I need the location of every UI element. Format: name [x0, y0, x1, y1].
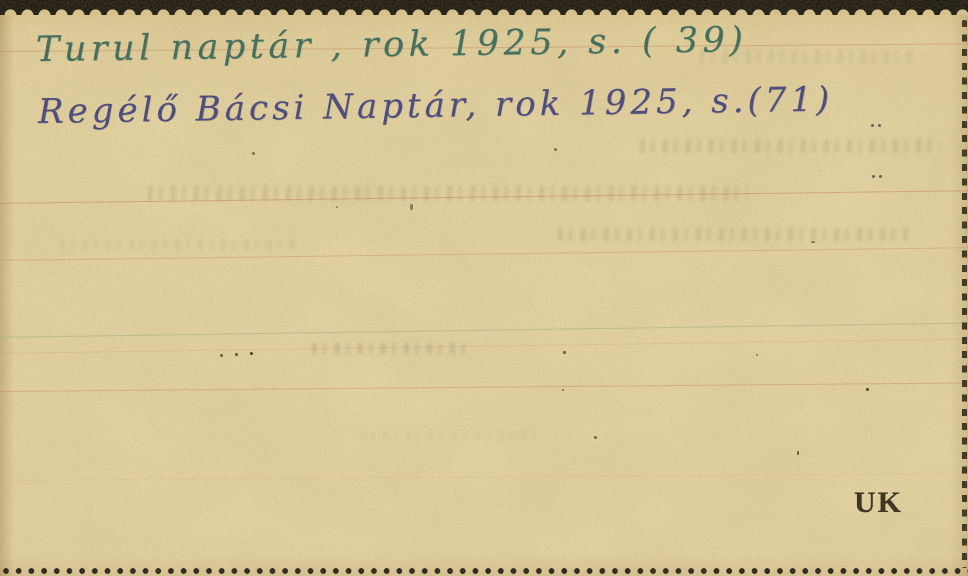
ruled-line	[0, 43, 968, 52]
ruled-line	[0, 190, 968, 204]
paper-speck	[811, 241, 815, 243]
card-paper: Turul naptár , rok 1925, s. ( 39) Regélő…	[0, 0, 968, 576]
library-stamp: UK	[854, 486, 903, 520]
ink-bleedthrough	[558, 228, 910, 241]
ruled-line	[0, 247, 968, 261]
paper-vignette	[0, 0, 968, 576]
paper-speck	[872, 175, 875, 178]
ink-bleedthrough	[312, 343, 467, 354]
ruled-line	[0, 382, 968, 392]
scanned-card-image: Turul naptár , rok 1925, s. ( 39) Regélő…	[0, 0, 968, 576]
perforation-holes-bottom	[0, 564, 968, 576]
ink-bleedthrough	[148, 186, 748, 201]
paper-speck	[563, 351, 566, 354]
handwritten-entry-2: Regélő Bácsi Naptár, rok 1925, s.(71)	[38, 80, 834, 132]
paper-speck	[594, 436, 597, 439]
handwritten-entry-1: Turul naptár , rok 1925, s. ( 39)	[36, 20, 748, 70]
paper-speck	[562, 389, 564, 391]
perforated-edge-top	[0, 0, 968, 15]
paper-speck	[878, 124, 881, 127]
paper-speck	[235, 353, 238, 356]
paper-speck	[756, 354, 758, 356]
paper-speck	[336, 206, 338, 208]
perforation-right	[962, 20, 967, 568]
ink-bleedthrough	[60, 240, 295, 250]
ruled-line	[0, 338, 968, 354]
ruled-line	[0, 473, 968, 481]
ink-bleedthrough	[640, 139, 940, 153]
ruled-line	[0, 322, 968, 338]
paper-speck	[797, 451, 799, 455]
paper-speck	[220, 354, 223, 357]
paper-speck	[554, 148, 557, 151]
paper-speck	[879, 175, 882, 178]
paper-speck	[250, 352, 253, 355]
paper-speck	[866, 388, 869, 391]
ink-bleedthrough	[360, 430, 540, 440]
paper-speck	[252, 152, 255, 155]
paper-speck	[410, 204, 413, 210]
ink-bleedthrough	[700, 50, 915, 63]
paper-speck	[871, 124, 874, 127]
